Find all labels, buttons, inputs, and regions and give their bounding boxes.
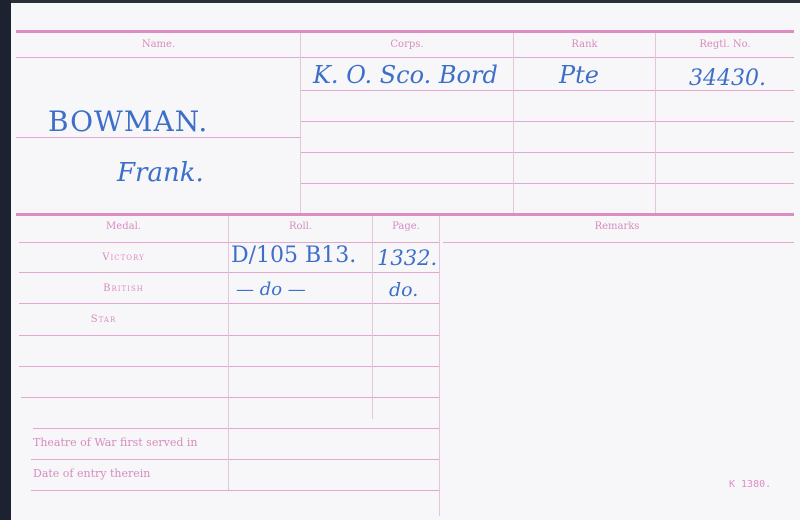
british-page-entry: do. (389, 279, 418, 301)
name-header: Name. (16, 39, 301, 50)
medal-row-rule-1 (19, 272, 439, 273)
remarks-header-rule (443, 242, 794, 243)
row-rule-2 (301, 121, 794, 122)
section-divider-rule (16, 213, 794, 216)
medal-row-rule-8 (31, 490, 439, 491)
medal-row-rule-4 (19, 366, 439, 367)
regt-no-header: Regtl. No. (656, 39, 794, 50)
corps-header: Corps. (301, 39, 513, 50)
regt-no-entry: 34430. (689, 66, 766, 91)
medal-star-label: Star (0, 314, 208, 325)
roll-header: Roll. (229, 221, 372, 232)
row-rule-4 (301, 183, 794, 184)
british-roll-entry: — do — (236, 279, 306, 300)
scan-border-left (0, 0, 11, 520)
col-divider-rank-regt (655, 33, 656, 213)
rank-header: Rank (514, 39, 655, 50)
remarks-header: Remarks (440, 221, 794, 232)
medal-header-rule (19, 242, 439, 243)
page-header: Page. (373, 221, 439, 232)
victory-roll-entry: D/105 B13. (231, 243, 356, 268)
surname-entry: BOWMAN. (48, 105, 208, 138)
medal-index-card: Name. Corps. Rank Regtl. No. BOWMAN. Fra… (11, 3, 800, 520)
row-rule-3 (301, 152, 794, 153)
medal-row-rule-2 (19, 303, 439, 304)
col-divider-name-corps (300, 33, 301, 213)
col-divider-roll-page (372, 216, 373, 419)
rank-entry: Pte (559, 61, 599, 89)
header-rule (301, 57, 794, 58)
medal-header: Medal. (19, 221, 228, 232)
corps-entry: K. O. Sco. Bord (313, 61, 498, 89)
name-header-rule (16, 57, 301, 58)
col-divider-page-remarks (439, 216, 440, 516)
victory-page-entry: 1332. (377, 246, 437, 270)
medal-row-rule-7 (31, 459, 439, 460)
medal-row-rule-3 (19, 335, 439, 336)
theatre-of-war-label: Theatre of War first served in (33, 436, 197, 449)
col-divider-corps-rank (513, 33, 514, 213)
forename-entry: Frank. (117, 158, 204, 188)
medal-row-rule-5 (21, 397, 439, 398)
form-code: K 1380. (729, 479, 771, 490)
medal-victory-label: Victory (19, 252, 228, 263)
medal-british-label: British (19, 283, 228, 294)
date-of-entry-label: Date of entry therein (33, 467, 150, 480)
col-divider-medal-roll (228, 216, 229, 490)
top-border-rule (16, 30, 794, 33)
medal-row-rule-6 (33, 428, 439, 429)
